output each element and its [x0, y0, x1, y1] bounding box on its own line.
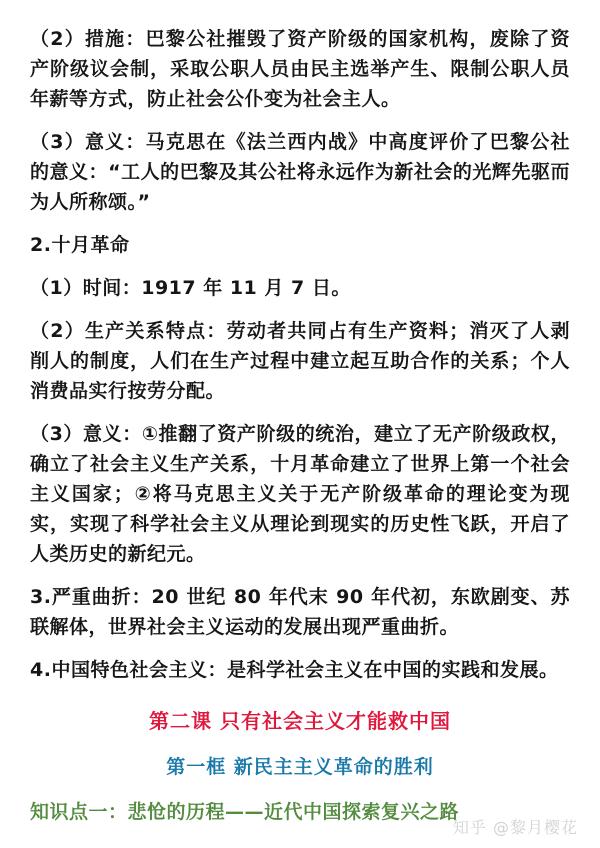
- paragraph-commune-measures: （2）措施：巴黎公社摧毁了资产阶级的国家机构，废除了资产阶级议会制，采取公职人员…: [30, 24, 570, 114]
- notes-content: （2）措施：巴黎公社摧毁了资产阶级的国家机构，废除了资产阶级议会制，采取公职人员…: [0, 0, 600, 824]
- paragraph-production-relations: （2）生产关系特点：劳动者共同占有生产资料；消灭了人剥削人的制度，人们在生产过程…: [30, 316, 570, 406]
- study-notes-page: （2）措施：巴黎公社摧毁了资产阶级的国家机构，废除了资产阶级议会制，采取公职人员…: [0, 0, 600, 848]
- paragraph-commune-significance: （3）意义：马克思在《法兰西内战》中高度评价了巴黎公社的意义：“工人的巴黎及其公…: [30, 127, 570, 217]
- watermark-zhihu-credit: 知乎 @黎月樱花: [453, 815, 578, 838]
- paragraph-revolution-time: （1）时间：1917 年 11 月 7 日。: [30, 273, 570, 303]
- frame-heading: 第一框 新民主主义革命的胜利: [30, 752, 570, 779]
- lesson-heading: 第二课 只有社会主义才能救中国: [30, 705, 570, 734]
- paragraph-revolution-significance: （3）意义：①推翻了资产阶级的统治，建立了无产阶级政权，确立了社会主义生产关系，…: [30, 419, 570, 569]
- paragraph-chinese-socialism: 4.中国特色社会主义：是科学社会主义在中国的实践和发展。: [30, 655, 570, 685]
- paragraph-october-revolution-title: 2.十月革命: [30, 230, 570, 260]
- paragraph-severe-setback: 3.严重曲折：20 世纪 80 年代末 90 年代初，东欧剧变、苏联解体，世界社…: [30, 582, 570, 642]
